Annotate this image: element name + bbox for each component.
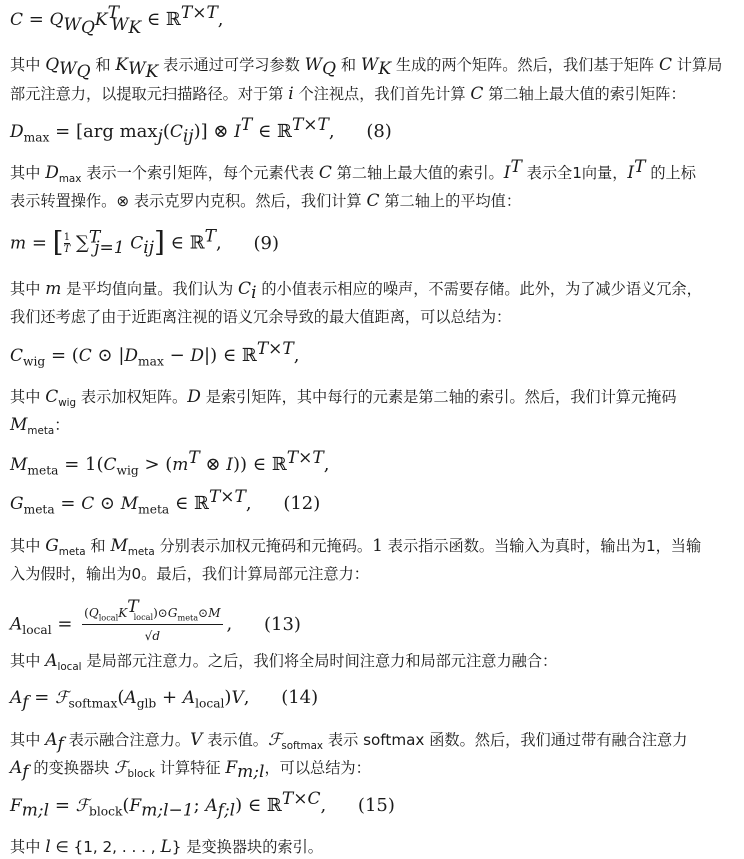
text-fragment: 的上标 — [650, 164, 696, 182]
text-fragment: 其中 — [10, 652, 40, 670]
equation-12: Gmeta = C ⊙ Mmeta ∈ ℝT×T, (12) — [10, 494, 320, 514]
paragraph-8-line-1: 其中 l ∈ {1, 2, . . . , L} 是变换器块的索引。 — [10, 837, 323, 857]
text-fragment: 我们还考虑了由于近距离注视的语义冗余导致的最大值距离，可以总结为： — [10, 308, 511, 326]
text-fragment: 是平均值向量。我们认为 — [66, 280, 233, 298]
text-fragment: 表示全1向量， — [527, 164, 628, 182]
text-fragment: 是局部元注意力。之后，我们将全局时间注意力和局部元注意力融合： — [86, 652, 557, 670]
text-fragment: 其中 — [10, 838, 40, 856]
paragraph-1-line-1: 其中 QWQ 和 KWK 表示通过可学习参数 WQ 和 WK 生成的两个矩阵。然… — [10, 55, 722, 75]
text-fragment: 个注视点，我们首先计算 — [298, 85, 465, 103]
text-fragment: 表示加权矩阵。 — [81, 388, 187, 406]
text-fragment: 和 — [95, 56, 110, 74]
text-fragment: 其中 — [10, 537, 40, 555]
text-fragment: 表示通过可学习参数 — [163, 56, 300, 74]
text-fragment: ： — [54, 416, 69, 434]
text-fragment: 和 — [90, 537, 105, 555]
text-fragment: 其中 — [10, 388, 40, 406]
paper-page: C = QWQKTWK ∈ ℝT×T, 其中 QWQ 和 KWK 表示通过可学习… — [0, 0, 744, 859]
text-fragment: 第二轴上最大值的索引。 — [337, 164, 504, 182]
text-fragment: 入为假时，输出为0。最后，我们计算局部元注意力： — [10, 565, 369, 583]
paragraph-5-line-1: 其中 Gmeta 和 Mmeta 分别表示加权元掩码和元掩码。1 表示指示函数。… — [10, 536, 701, 556]
text-fragment: 部元注意力，以提取元扫描路径。对于第 — [10, 85, 283, 103]
text-fragment: 表示融合注意力。 — [69, 731, 191, 749]
text-fragment: 其中 — [10, 56, 40, 74]
equation-8: Dmax = [arg maxj(Cij)] ⊗ IT ∈ ℝT×T, (8) — [10, 122, 392, 142]
paragraph-7-line-2: Af 的变换器块 ℱblock 计算特征 Fm;l，可以总结为： — [10, 758, 371, 778]
text-fragment: 表示指示函数。当输入为真时，输出为1，当输 — [388, 537, 701, 555]
paragraph-6-line-1: 其中 Alocal 是局部元注意力。之后，我们将全局时间注意力和局部元注意力融合… — [10, 651, 557, 671]
equation-number: (12) — [283, 493, 320, 514]
equation-13: Alocal = (QlocalKTlocal)⊙Gmeta⊙M √d , (1… — [10, 603, 301, 646]
paragraph-1-line-2: 部元注意力，以提取元扫描路径。对于第 i 个注视点，我们首先计算 C 第二轴上最… — [10, 84, 686, 104]
paragraph-4-line-2: Mmeta： — [10, 415, 69, 435]
paragraph-4-line-1: 其中 Cwig 表示加权矩阵。D 是索引矩阵，其中每行的元素是第二轴的索引。然后… — [10, 387, 677, 407]
equation-14: Af = ℱsoftmax(Aglb + Alocal)V, (14) — [10, 688, 318, 708]
paragraph-2-line-1: 其中 Dmax 表示一个索引矩阵，每个元素代表 C 第二轴上最大值的索引。IT … — [10, 163, 696, 183]
paragraph-7-line-1: 其中 Af 表示融合注意力。V 表示值。ℱsoftmax 表示 softmax … — [10, 730, 687, 750]
paragraph-5-line-2: 入为假时，输出为0。最后，我们计算局部元注意力： — [10, 564, 369, 584]
paragraph-3-line-2: 我们还考虑了由于近距离注视的语义冗余导致的最大值距离，可以总结为： — [10, 307, 511, 327]
text-fragment: 表示转置操作。⊗ 表示克罗内克积。然后，我们计算 — [10, 192, 362, 210]
equation-m-meta: Mmeta = 1(Cwig > (mT ⊗ I)) ∈ ℝT×T, — [10, 455, 329, 475]
text-fragment: 的小值表示相应的噪声，不需要存储。此外，为了减少语义冗余， — [261, 280, 701, 298]
text-fragment: 分别表示加权元掩码和元掩码。 — [159, 537, 372, 555]
text-fragment: 的变换器块 — [33, 759, 109, 777]
text-fragment: 和 — [341, 56, 356, 74]
text-fragment: 其中 — [10, 731, 40, 749]
equation-c-wig: Cwig = (C ⊙ |Dmax − D|) ∈ ℝT×T, — [10, 346, 300, 366]
equation-number: (9) — [253, 233, 279, 254]
equation-c: C = QWQKTWK ∈ ℝT×T, — [10, 10, 224, 30]
text-fragment: 是索引矩阵，其中每行的元素是第二轴的索引。然后，我们计算元掩码 — [206, 388, 677, 406]
paragraph-3-line-1: 其中 m 是平均值向量。我们认为 Ci 的小值表示相应的噪声，不需要存储。此外，… — [10, 279, 702, 299]
fraction: (QlocalKTlocal)⊙Gmeta⊙M √d — [82, 603, 222, 646]
text-fragment: 第二轴上最大值的索引矩阵： — [488, 85, 685, 103]
equation-9: m = [1T ∑Tj=1 Cij] ∈ ℝT, (9) — [10, 232, 279, 255]
text-fragment: ，可以总结为： — [264, 759, 370, 777]
text-fragment: 生成的两个矩阵。然后，我们基于矩阵 — [396, 56, 654, 74]
text-fragment: 其中 — [10, 280, 40, 298]
equation-number: (14) — [281, 687, 318, 708]
text-fragment: 是变换器块的索引。 — [186, 838, 323, 856]
text-fragment: 表示 softmax 函数。然后，我们通过带有融合注意力 — [328, 731, 688, 749]
text-fragment: 第二轴上的平均值： — [384, 192, 521, 210]
text-fragment: 计算特征 — [160, 759, 221, 777]
text-fragment: 表示一个索引矩阵，每个元素代表 — [86, 164, 314, 182]
paragraph-2-line-2: 表示转置操作。⊗ 表示克罗内克积。然后，我们计算 C 第二轴上的平均值： — [10, 191, 521, 211]
equation-number: (8) — [366, 121, 392, 142]
text-fragment: 表示值。 — [207, 731, 268, 749]
text-fragment: 其中 — [10, 164, 40, 182]
text-fragment: 计算局 — [677, 56, 723, 74]
equation-number: (13) — [264, 614, 301, 635]
equation-number: (15) — [358, 795, 395, 816]
equation-15: Fm;l = ℱblock(Fm;l−1; Af;l) ∈ ℝT×C, (15) — [10, 796, 395, 816]
